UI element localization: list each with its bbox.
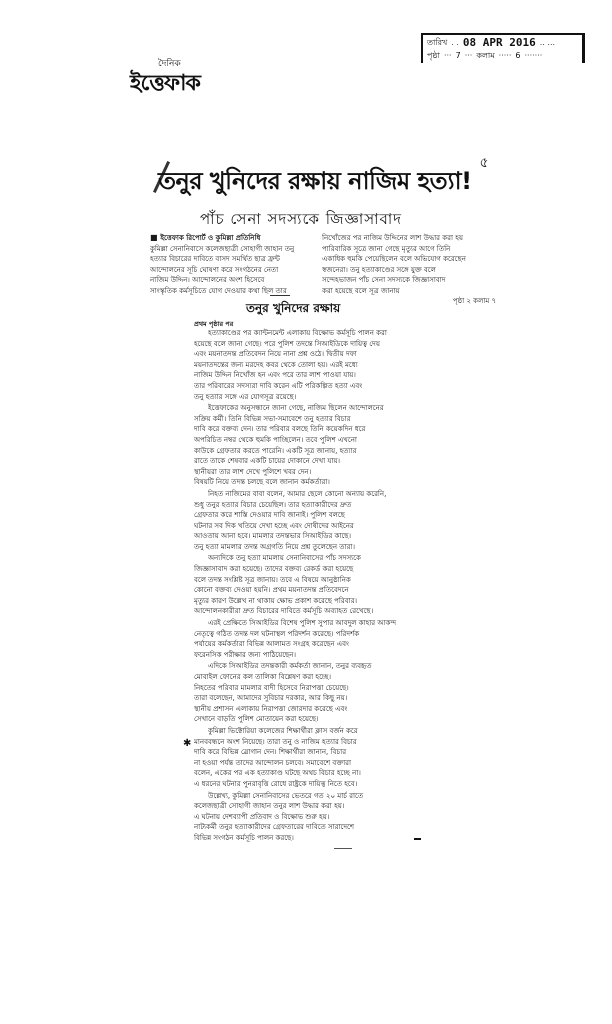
stamp-date-value: 08 APR 2016 — [463, 36, 536, 49]
body-line: রাতে তাকে শেষবার একটি চায়ের দোকানে দেখা… — [194, 456, 420, 467]
body-line: মানববন্ধনে অংশ নিয়েছে। তারা তনু ও নাজিম… — [194, 737, 420, 748]
text-line: হত্যার বিচারের দাবিতে বাসদ সমর্থিত ছাত্র… — [150, 254, 328, 265]
text-line: একাধিক হুমকি পেয়েছিলেন বলে অভিযোগ করেছে… — [322, 254, 496, 265]
body-line: কোনো বক্তব্য দেওয়া হয়নি। প্রথম ময়নাতদ… — [194, 585, 420, 596]
body-line: নাজিম উদ্দিন নিখোঁজ হন এবং পরে তার লাশ প… — [194, 370, 420, 381]
body-line: হত্যাকাণ্ডের পর ক্যান্টনমেন্ট এলাকায় বি… — [194, 328, 420, 339]
body-line: ঘটনার সব দিক খতিয়ে দেখা হচ্ছে এবং দোষীদ… — [194, 521, 420, 532]
body-line: সেখানে বাড়তি পুলিশ মোতায়েন করা হয়েছে। — [194, 714, 420, 725]
text-line: নিখোঁজের পর নাজিম উদ্দিনের লাশ উদ্ধার কর… — [322, 233, 496, 244]
text-line: আন্দোলনের সূচি ঘোষণা করে সংগঠনের নেতা — [150, 265, 328, 276]
body-line: পর্যায়ের কর্মকর্তারা বিভিন্ন আলামত সংগ্… — [194, 639, 420, 650]
headline-text: তনুর খুনিদের রক্ষায় নাজিম হত্যা! — [158, 167, 472, 195]
body-line: সক্রিয় কর্মী। তিনি বিভিন্ন সভা-সমাবেশে … — [194, 414, 420, 425]
body-line: এ ঘটনায় দেশব্যাপী প্রতিবাদ ও বিক্ষোভ শু… — [194, 812, 420, 823]
continued-heading: তনুর খুনিদের রক্ষায় — [246, 300, 340, 320]
body-line: নিহতের পরিবার মামলার বাদী হিসেবে নিরাপত্… — [194, 683, 420, 694]
continued-to-note: পৃষ্ঠা ২ কলাম ৭ — [322, 296, 496, 307]
stamp-column-label: কলাম — [476, 49, 494, 62]
text-line: কুমিল্লা সেনানিবাসে কলেজছাত্রী সোহাগী জা… — [150, 244, 328, 255]
masthead-name: ইত্তেফাক — [130, 66, 200, 103]
body-line: শুধু তনুর হত্যার বিচার চেয়েছিল। তার হত্… — [194, 500, 420, 511]
body-line: নেতৃত্বে গঠিত তদন্ত দল ঘটনাস্থল পরিদর্শন… — [194, 629, 420, 640]
body-line: নাট্যকর্মী তনুর হত্যাকারীদের গ্রেফতারের … — [194, 822, 420, 833]
body-line: তারা বলেছেন, আমাদের সুবিচার দরকার, আর কি… — [194, 693, 420, 704]
body-line: বিষয়টি নিয়ে তদন্ত চলছে বলে জানান কর্মক… — [194, 477, 420, 488]
body-line: উল্লেখ্য, কুমিল্লা সেনানিবাসের ভেতরে গত … — [194, 791, 420, 802]
body-line: বিভিন্ন সংগঠন কর্মসূচি পালন করছে। — [194, 833, 420, 844]
body-line: এ ধরনের ঘটনার পুনরাবৃত্তি রোধে রাষ্ট্রকে… — [194, 779, 420, 790]
body-line: তনু হত্যা মামলার তদন্ত অগ্রগতি নিয়ে প্র… — [194, 542, 420, 553]
body-line: তার পরিবারের সদস্যরা দাবি করেন এটি পরিকল… — [194, 381, 420, 392]
stamp-border — [582, 33, 585, 63]
text-line: পারিবারিক সূত্রে জানা গেছে মৃত্যুর আগে ত… — [322, 244, 496, 255]
body-line: মোবাইল ফোনের কল তালিকা বিশ্লেষণ করা হচ্ছ… — [194, 672, 420, 683]
stamp-dots: ······· — [524, 49, 542, 62]
body-line: হয়েছে বলে জানা গেছে। পরে পুলিশ তদন্তে স… — [194, 339, 420, 350]
body-line: এদিকে সিআইডির তদন্তকারী কর্মকর্তা জানান,… — [194, 661, 420, 672]
stamp-dots: ··· — [465, 49, 473, 62]
stamp-dots: . . — [451, 36, 459, 49]
body-line: অন্যদিকে তনু হত্যা মামলায় সেনানিবাসের প… — [194, 553, 420, 564]
body-line: কাউকে গ্রেফতার করতে পারেনি। একটি সূত্র জ… — [194, 446, 420, 457]
text-line: স্বজনেরা। তনু হত্যাকাণ্ডের সঙ্গে যুক্ত ব… — [322, 265, 496, 276]
body-line: আন্দোলনকারীরা দ্রুত বিচারের দাবিতে কর্মস… — [194, 606, 420, 617]
body-line: এবং ময়নাতদন্ত প্রতিবেদন নিয়ে নানা প্রশ… — [194, 349, 420, 360]
text-line: সন্দেহভাজন পাঁচ সেনা সদস্যকে জিজ্ঞাসাবাদ — [322, 275, 496, 286]
margin-mark: ✱ — [183, 738, 191, 749]
article-headline: তনুর খুনিদের রক্ষায় নাজিম হত্যা!৫ — [158, 163, 488, 203]
stamp-date-label: তারিখ — [427, 36, 447, 49]
body-line: না হওয়া পর্যন্ত তাদের আন্দোলন চলবে। সমা… — [194, 758, 420, 769]
text-line: নাজিম উদ্দিন। আন্দোলনের অংশ হিসেবে — [150, 275, 328, 286]
article-subheadline: পাঁচ সেনা সদস্যকে জিজ্ঞাসাবাদ — [200, 208, 402, 233]
byline: ইত্তেফাক রিপোর্ট ও কুমিল্লা প্রতিনিধি — [150, 233, 328, 244]
body-line: কলেজছাত্রী সোহাগী জাহান তনুর লাশ উদ্ধার … — [194, 801, 420, 812]
stamp-date-row: তারিখ . . 08 APR 2016 .. ... — [427, 36, 579, 49]
body-line: ইত্তেফাকের অনুসন্ধানে জানা গেছে, নাজিম ছ… — [194, 403, 420, 414]
lead-column-right: নিখোঁজের পর নাজিম উদ্দিনের লাশ উদ্ধার কর… — [322, 233, 496, 307]
body-line: গ্রেফতার করে শাস্তি দেওয়ার দাবি জানাই। … — [194, 510, 420, 521]
body-line: তনু হত্যার সঙ্গে এর যোগসূত্র রয়েছে। — [194, 392, 420, 403]
end-of-article-mark — [334, 848, 352, 849]
lead-column-left: ইত্তেফাক রিপোর্ট ও কুমিল্লা প্রতিনিধি কু… — [150, 233, 328, 296]
body-line: মৃত্যুর কারণ উল্লেখ না থাকায় ক্ষোভ প্রক… — [194, 596, 420, 607]
stamp-dots: .. ... — [540, 36, 555, 49]
stamp-dots: ··· — [444, 49, 452, 62]
lead-left-lines: কুমিল্লা সেনানিবাসে কলেজছাত্রী সোহাগী জা… — [150, 244, 328, 297]
body-line: বলেন, একের পর এক হত্যাকাণ্ড ঘটছে অথচ বিচ… — [194, 768, 420, 779]
body-line: ফরেনসিক পরীক্ষার জন্য পাঠিয়েছেন। — [194, 650, 420, 661]
body-line: আওতায় আনা হবে। মামলার তদন্তভার সিআইডির … — [194, 531, 420, 542]
body-line: অপরিচিত নম্বর থেকে হুমকি পাচ্ছিলেন। তবে … — [194, 435, 420, 446]
text-line: সাংস্কৃতিক কর্মসূচিতে যোগ দেওয়ার কথা ছি… — [150, 286, 328, 297]
stamp-page-label: পৃষ্ঠা — [427, 49, 440, 62]
text-line: করা হয়েছে বলে সূত্র জানায় — [322, 286, 496, 297]
clipping-stamp: তারিখ . . 08 APR 2016 .. ... পৃষ্ঠা ··· … — [421, 33, 585, 63]
body-line: জিজ্ঞাসাবাদ করা হয়েছে। তাদের বক্তব্য রে… — [194, 564, 420, 575]
stamp-dots: ····· — [499, 49, 512, 62]
body-line: কুমিল্লা ভিক্টোরিয়া কলেজের শিক্ষার্থীরা… — [194, 726, 420, 737]
body-line: নিহত নাজিমের বাবা বলেন, আমার ছেলে কোনো অ… — [194, 489, 420, 500]
body-line: স্থানীয়রা তার লাশ দেখে পুলিশে খবর দেন। — [194, 467, 420, 478]
headline-annotation: ৫ — [480, 155, 489, 171]
section-divider — [270, 295, 290, 296]
body-line: দাবি করে বক্তব্য দেন। তার পরিবার বলছে তি… — [194, 424, 420, 435]
body-line: স্থানীয় প্রশাসন এলাকায় নিরাপত্তা জোরদা… — [194, 704, 420, 715]
article-body: হত্যাকাণ্ডের পর ক্যান্টনমেন্ট এলাকায় বি… — [194, 328, 420, 844]
end-dash — [414, 838, 421, 840]
stamp-column-value: 6 — [515, 49, 520, 62]
stamp-page-row: পৃষ্ঠা ··· 7 ··· কলাম ····· 6 ······· — [427, 49, 579, 62]
body-line: বলে তদন্ত সংশ্লিষ্ট সূত্র জানায়। তবে এ … — [194, 575, 420, 586]
body-line: এরই প্রেক্ষিতে সিআইডির বিশেষ পুলিশ সুপার… — [194, 618, 420, 629]
lead-right-lines: নিখোঁজের পর নাজিম উদ্দিনের লাশ উদ্ধার কর… — [322, 233, 496, 296]
body-line: দাবি করে বিভিন্ন স্লোগান দেন। শিক্ষার্থী… — [194, 747, 420, 758]
stamp-page-value: 7 — [456, 49, 461, 62]
body-line: ময়নাতদন্তের জন্য মরদেহ কবর থেকে তোলা হয… — [194, 360, 420, 371]
